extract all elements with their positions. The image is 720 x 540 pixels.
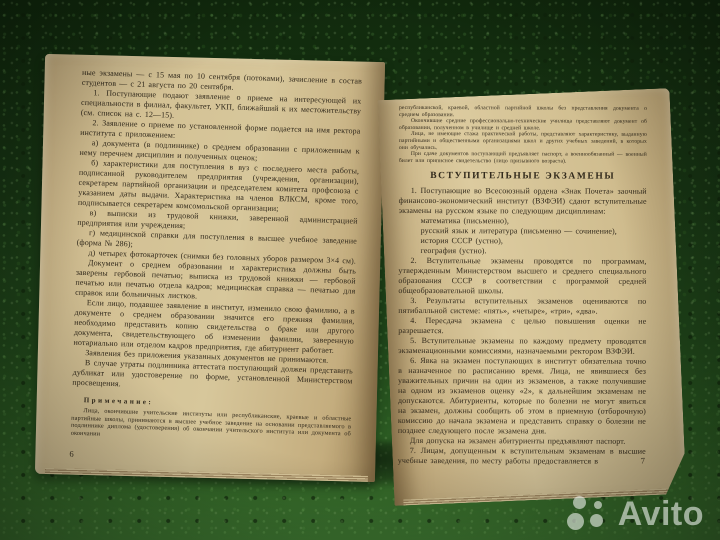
text-paragraph: 1. Поступающие во Всесоюзный ордена «Зна… bbox=[399, 186, 647, 217]
page-number-7: 7 bbox=[640, 455, 645, 465]
book-page-right: республиканской, краевой, областной парт… bbox=[378, 88, 687, 506]
avito-logo-icon bbox=[567, 496, 611, 534]
text-paragraph: 7. Лицам, допущенным к вступительным экз… bbox=[398, 446, 646, 467]
text-paragraph: республиканской, краевой, областной парт… bbox=[399, 105, 647, 119]
text-paragraph: 4. Пересдача экзамена с целью повышения … bbox=[398, 316, 646, 337]
text-paragraph: 5. Вступительные экзамены по каждому пре… bbox=[398, 336, 646, 357]
text-paragraph: Лица, окончившие учительские институты и… bbox=[71, 407, 352, 446]
watermark-label: Avito bbox=[618, 495, 704, 534]
page-left-content: ные экзамены — с 15 мая по 10 сентября (… bbox=[35, 54, 385, 482]
book-page-left: ные экзамены — с 15 мая по 10 сентября (… bbox=[35, 54, 385, 482]
page-number-6: 6 bbox=[69, 449, 73, 459]
note-continuation-text: республиканской, краевой, областной парт… bbox=[399, 105, 647, 165]
text-paragraph: 3. Результаты вступительных экзаменов оц… bbox=[398, 296, 646, 317]
text-paragraph: При сдаче документов поступающий предъяв… bbox=[399, 151, 647, 165]
text-paragraph: 2. Вступительные экзамены проводятся по … bbox=[398, 256, 646, 297]
text-paragraph: Окончившие средние профессионально-техни… bbox=[399, 118, 647, 132]
page-right-body-text: 1. Поступающие во Всесоюзный ордена «Зна… bbox=[398, 186, 647, 467]
section-heading: ВСТУПИТЕЛЬНЫЕ ЭКЗАМЕНЫ bbox=[399, 171, 647, 182]
text-paragraph: 6. Явка на экзамен поступающих в институ… bbox=[398, 356, 646, 437]
text-paragraph: б) характеристики для поступления в вуз … bbox=[78, 158, 359, 217]
photo-scene: ные экзамены — с 15 мая по 10 сентября (… bbox=[0, 0, 720, 540]
page-left-body-text: ные экзамены — с 15 мая по 10 сентября (… bbox=[72, 68, 362, 397]
page-right-content: республиканской, краевой, областной парт… bbox=[382, 95, 675, 502]
note-text: Лица, окончившие учительские институты и… bbox=[71, 407, 352, 446]
avito-watermark: Avito bbox=[567, 495, 704, 534]
text-paragraph: Если лицо, подавшее заявление в институт… bbox=[73, 298, 354, 357]
text-paragraph: Лица, не имеющие стажа практической рабо… bbox=[399, 131, 647, 152]
open-book: ные экзамены — с 15 мая по 10 сентября (… bbox=[38, 52, 682, 488]
